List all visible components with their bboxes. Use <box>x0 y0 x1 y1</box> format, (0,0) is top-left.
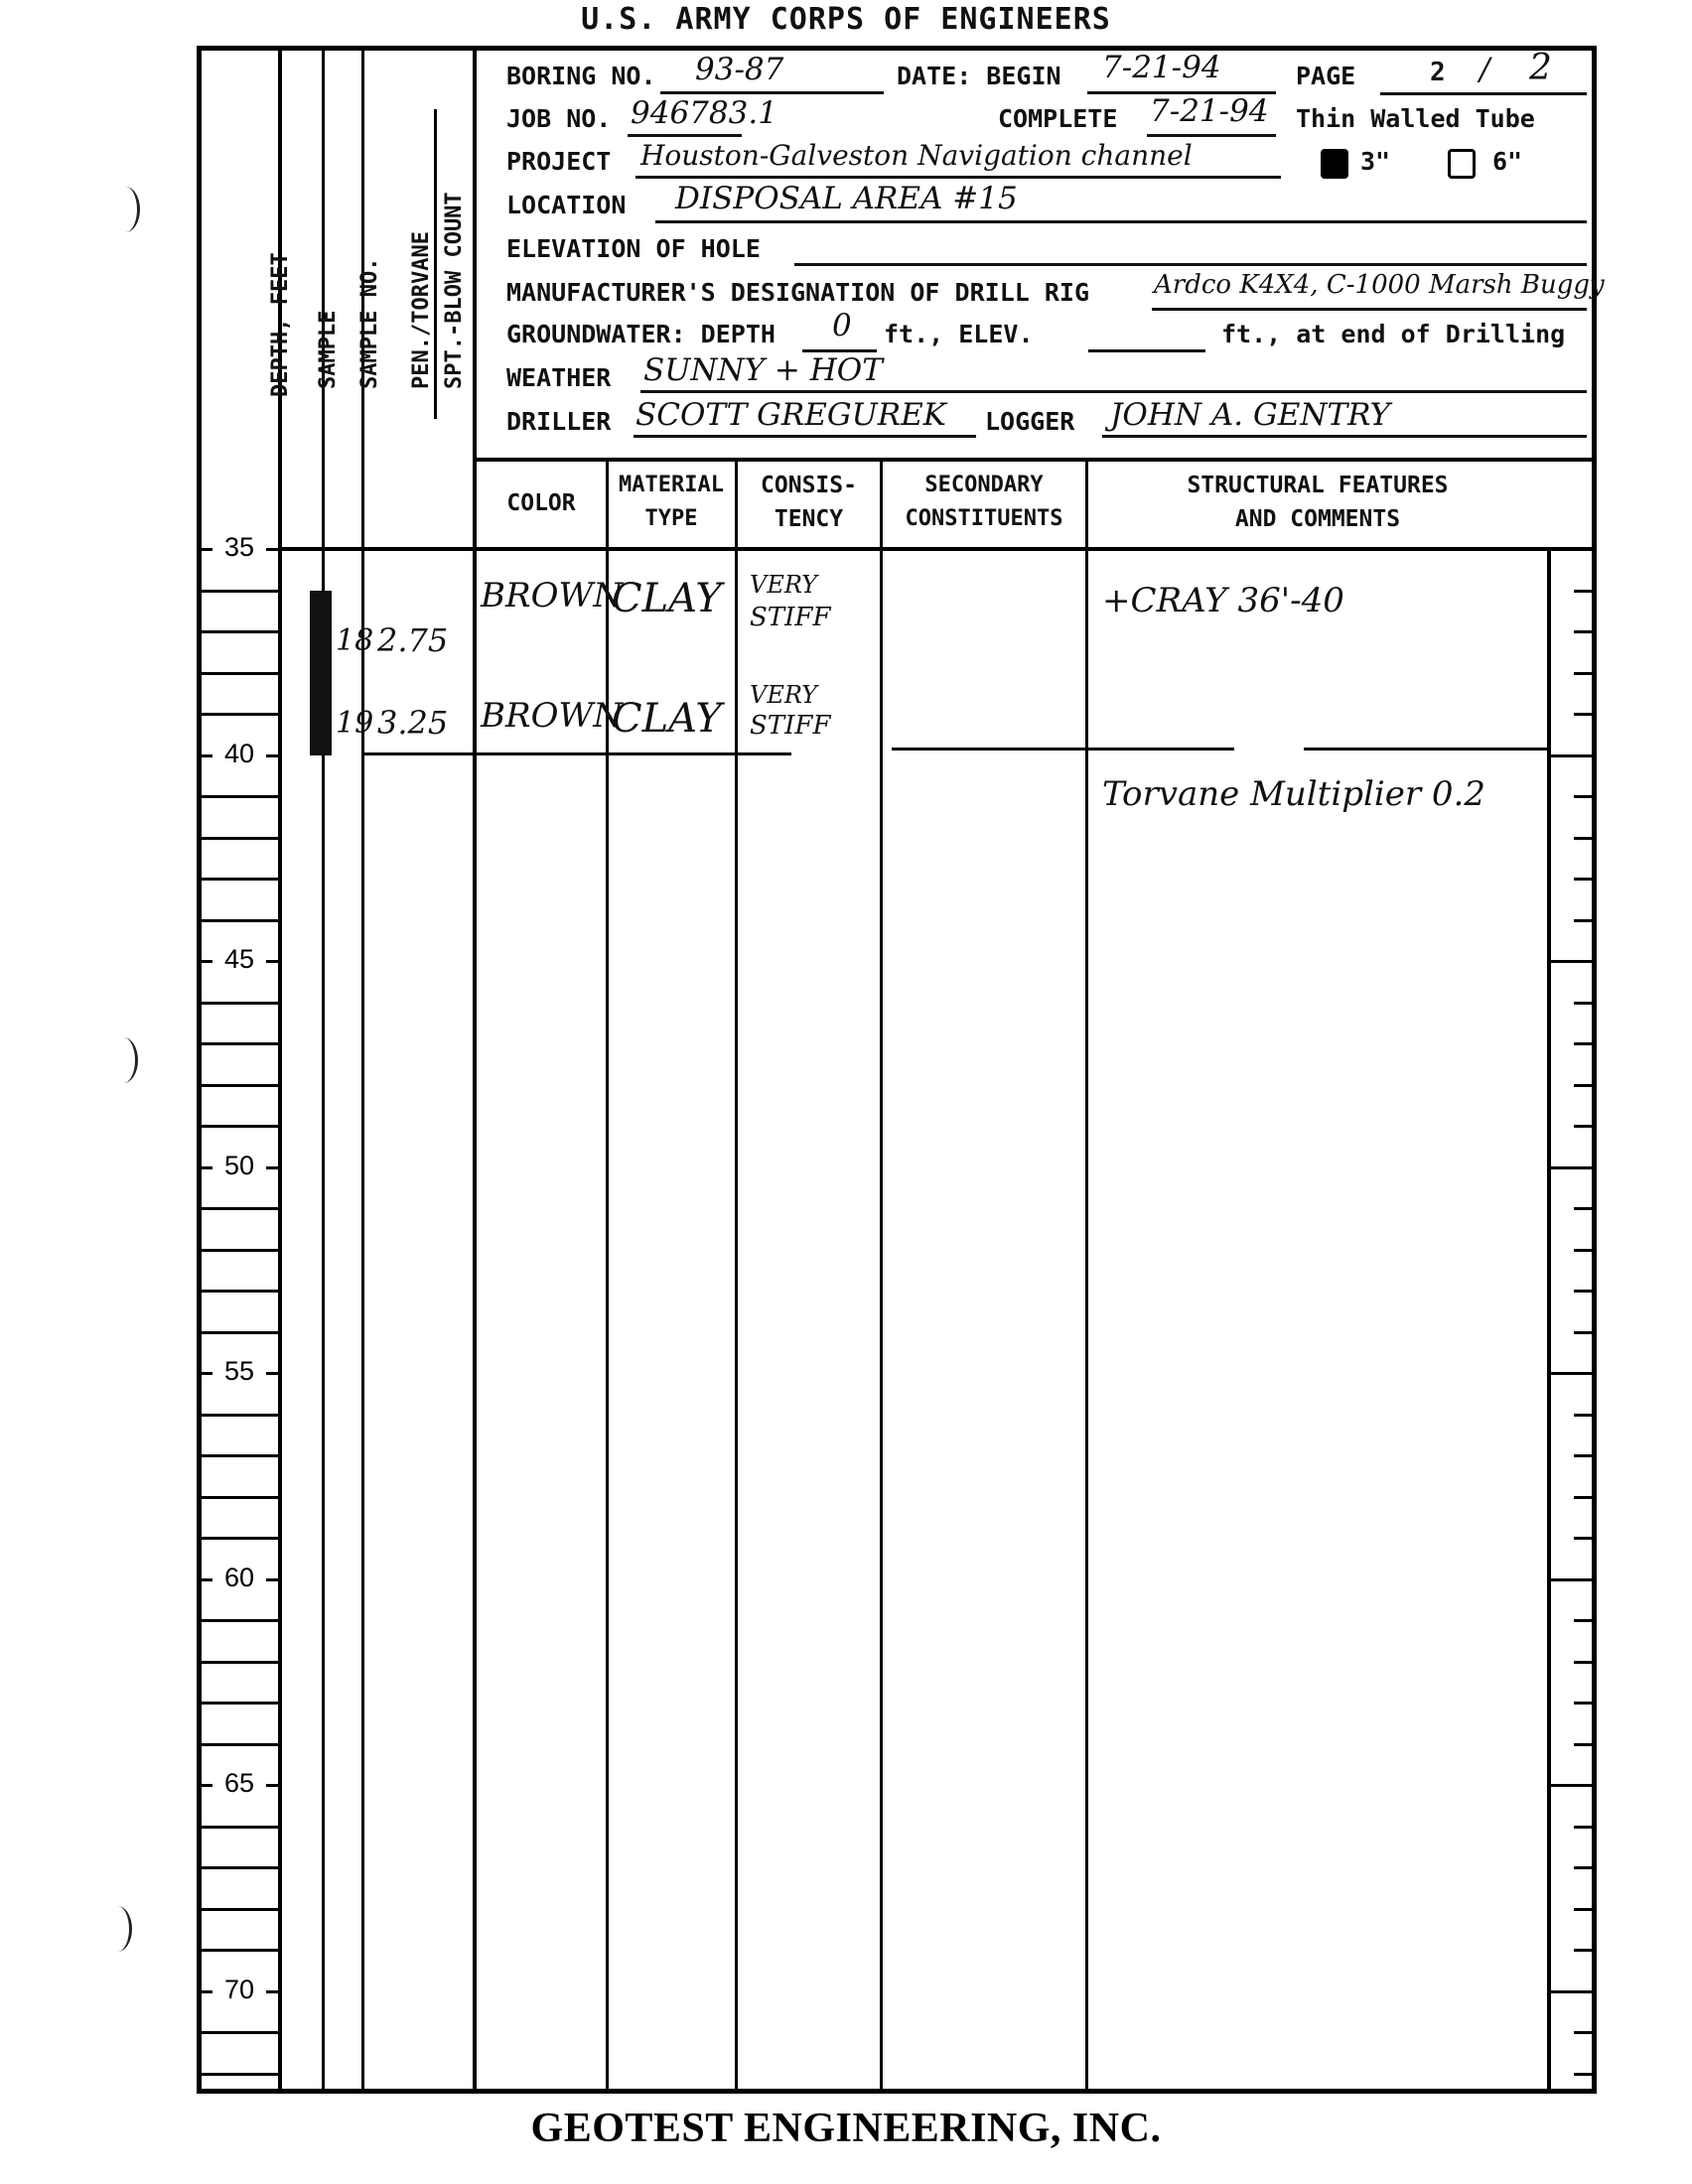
tickstrip-minor-tick <box>1574 1496 1594 1499</box>
tickstrip-major-line <box>1549 754 1594 757</box>
header-spt-blow-count: SPT.-BLOW COUNT <box>442 192 467 389</box>
column-secondary-constituents: SECONDARYCONSTITUENTS <box>883 469 1085 536</box>
job-no-value[interactable]: 946783.1 <box>631 95 777 131</box>
depth-foot-line <box>199 1743 280 1746</box>
depth-foot-line <box>199 1496 280 1499</box>
punch-hole-icon <box>109 1037 138 1083</box>
weather-value[interactable]: SUNNY + HOT <box>643 352 883 388</box>
frame-top <box>199 46 1597 51</box>
groundwater-end-label: ft., at end of Drilling <box>1221 320 1565 348</box>
material-type: CLAY <box>612 696 722 742</box>
tickstrip-minor-tick <box>1574 1125 1594 1128</box>
sample-no: 19 <box>336 706 373 741</box>
frame-bottom <box>197 2089 1597 2094</box>
soil-color: BROWN <box>481 576 623 615</box>
tickstrip-minor-tick <box>1574 1207 1594 1210</box>
depth-label: 55 <box>200 1356 279 1387</box>
sample-end-line <box>364 752 791 755</box>
depth-foot-line <box>199 590 280 593</box>
depth-foot-line <box>199 1661 280 1664</box>
tickstrip-minor-tick <box>1574 2073 1594 2076</box>
column-color: COLOR <box>477 486 606 520</box>
depth-foot-line <box>199 1249 280 1252</box>
depth-foot-line <box>199 1866 280 1869</box>
column-consistency: CONSIS-TENCY <box>738 469 880 536</box>
sampler-3in-label: 3" <box>1360 147 1390 176</box>
pen-torvane-value: 2.75 <box>377 621 448 659</box>
sampler-type-label: Thin Walled Tube <box>1296 104 1535 133</box>
depth-foot-line <box>199 1454 280 1457</box>
depth-foot-line <box>199 1290 280 1293</box>
depth-foot-line <box>199 1084 280 1087</box>
location-value[interactable]: DISPOSAL AREA #15 <box>675 181 1018 216</box>
header-block-bottom <box>473 458 1597 462</box>
tickstrip-minor-tick <box>1574 1866 1594 1869</box>
depth-foot-line <box>199 1702 280 1705</box>
depth-label: 60 <box>200 1563 279 1593</box>
tickstrip-minor-tick <box>1574 1414 1594 1417</box>
tickstrip-major-line <box>1549 1166 1594 1169</box>
material-type: CLAY <box>612 576 722 621</box>
header-sample: SAMPLE <box>316 311 341 389</box>
sample-end-line <box>1304 748 1547 751</box>
structural-comment: +CRAY 36'-40 <box>1102 581 1344 620</box>
depth-foot-line <box>199 1908 280 1911</box>
depth-label: 35 <box>200 532 279 563</box>
divider-secondary-comments <box>1085 458 1088 2093</box>
depth-foot-line <box>199 1331 280 1334</box>
tickstrip-minor-tick <box>1574 1084 1594 1087</box>
divider-comments-tickstrip <box>1547 547 1551 2093</box>
depth-label: 70 <box>200 1975 279 2005</box>
consistency: VERY <box>750 681 817 709</box>
tickstrip-major-line <box>1549 960 1594 963</box>
depth-foot-line <box>199 1414 280 1417</box>
company-footer: GEOTEST ENGINEERING, INC. <box>0 2105 1692 2152</box>
agency-title: U.S. ARMY CORPS OF ENGINEERS <box>0 2 1692 37</box>
header-depth-feet: DEPTH, FEET <box>268 252 293 397</box>
depth-foot-line <box>199 1826 280 1829</box>
depth-label: 40 <box>200 739 279 769</box>
tickstrip-minor-tick <box>1574 1826 1594 1829</box>
groundwater-label: GROUNDWATER: DEPTH <box>506 320 775 348</box>
tickstrip-major-line <box>1549 1578 1594 1581</box>
tickstrip-minor-tick <box>1574 1331 1594 1334</box>
depth-foot-line <box>199 878 280 881</box>
tickstrip-minor-tick <box>1574 590 1594 593</box>
sampler-6in-checkbox[interactable] <box>1448 149 1476 179</box>
consistency: STIFF <box>750 603 831 632</box>
weather-label: WEATHER <box>506 363 611 392</box>
driller-value[interactable]: SCOTT GREGUREK <box>635 397 946 433</box>
depth-foot-line <box>199 713 280 716</box>
punch-hole-icon <box>111 187 140 232</box>
tickstrip-major-line <box>1549 1990 1594 1993</box>
tickstrip-minor-tick <box>1574 1702 1594 1705</box>
tickstrip-minor-tick <box>1574 1002 1594 1005</box>
tickstrip-minor-tick <box>1574 1537 1594 1540</box>
tickstrip-minor-tick <box>1574 878 1594 881</box>
depth-foot-line <box>199 2073 280 2076</box>
depth-foot-line <box>199 1537 280 1540</box>
tickstrip-minor-tick <box>1574 1743 1594 1746</box>
divider-consistency-secondary <box>880 458 883 2093</box>
depth-label: 65 <box>200 1768 279 1799</box>
divider-material-consistency <box>735 458 738 2093</box>
pen-spt-fraction-bar <box>434 109 437 419</box>
header-sample-no: SAMPLE NO. <box>357 258 382 389</box>
column-header-bottom <box>278 547 1597 551</box>
tickstrip-major-line <box>1549 1784 1594 1787</box>
tickstrip-minor-tick <box>1574 1249 1594 1252</box>
date-complete-value[interactable]: 7-21-94 <box>1150 93 1269 129</box>
depth-label: 45 <box>200 944 279 975</box>
drill-rig-value[interactable]: Ardco K4X4, C-1000 Marsh Buggy <box>1154 270 1605 300</box>
page-label: PAGE <box>1296 62 1355 90</box>
tickstrip-minor-tick <box>1574 1661 1594 1664</box>
tickstrip-major-line <box>1549 1372 1594 1375</box>
tickstrip-minor-tick <box>1574 1619 1594 1622</box>
header-pen-torvane: PEN./TORVANE <box>409 231 434 389</box>
tickstrip-minor-tick <box>1574 919 1594 922</box>
depth-foot-line <box>199 1207 280 1210</box>
depth-foot-line <box>199 1002 280 1005</box>
depth-foot-line <box>199 1125 280 1128</box>
project-value[interactable]: Houston-Galveston Navigation channel <box>640 139 1193 172</box>
column-structural-features: STRUCTURAL FEATURESAND COMMENTS <box>1088 469 1547 536</box>
soil-color: BROWN <box>481 696 623 736</box>
depth-foot-line <box>199 672 280 675</box>
structural-comment: Torvane Multiplier 0.2 <box>1102 774 1485 814</box>
depth-foot-line <box>199 1949 280 1952</box>
boring-no-value[interactable]: 93-87 <box>695 52 783 87</box>
tickstrip-minor-tick <box>1574 713 1594 716</box>
depth-foot-line <box>199 795 280 798</box>
location-label: LOCATION <box>506 191 626 219</box>
tickstrip-minor-tick <box>1574 672 1594 675</box>
depth-foot-line <box>199 1619 280 1622</box>
sample-recovery-bar <box>310 591 332 673</box>
page-separator: / <box>1480 52 1489 87</box>
divider-pen-main <box>473 46 477 2093</box>
tickstrip-minor-tick <box>1574 1454 1594 1457</box>
depth-foot-line <box>199 630 280 633</box>
project-label: PROJECT <box>506 147 611 176</box>
sampler-6in-label: 6" <box>1492 147 1522 176</box>
punch-hole-icon <box>103 1906 132 1952</box>
logger-value[interactable]: JOHN A. GENTRY <box>1110 397 1390 433</box>
consistency: VERY <box>750 571 817 599</box>
tickstrip-minor-tick <box>1574 2031 1594 2034</box>
depth-foot-line <box>199 1042 280 1045</box>
page-number: 2 <box>1430 58 1446 87</box>
tickstrip-minor-tick <box>1574 1290 1594 1293</box>
tickstrip-minor-tick <box>1574 1908 1594 1911</box>
groundwater-elev-label: ft., ELEV. <box>884 320 1034 348</box>
tickstrip-minor-tick <box>1574 630 1594 633</box>
date-begin-value[interactable]: 7-21-94 <box>1102 50 1221 85</box>
job-no-label: JOB NO. <box>506 104 611 133</box>
depth-foot-line <box>199 837 280 840</box>
logger-label: LOGGER <box>985 407 1074 436</box>
groundwater-depth-value[interactable]: 0 <box>832 308 852 343</box>
page-total[interactable]: 2 <box>1529 48 1552 88</box>
tickstrip-minor-tick <box>1574 1949 1594 1952</box>
tickstrip-minor-tick <box>1574 795 1594 798</box>
tickstrip-minor-tick <box>1574 837 1594 840</box>
pen-torvane-value: 3.25 <box>377 704 448 742</box>
sampler-3in-checkbox[interactable] <box>1321 149 1348 179</box>
column-material-type: MATERIALTYPE <box>608 469 735 536</box>
drill-rig-label: MANUFACTURER'S DESIGNATION OF DRILL RIG <box>506 278 1089 307</box>
depth-foot-line <box>199 919 280 922</box>
tickstrip-minor-tick <box>1574 1042 1594 1045</box>
sample-recovery-bar <box>310 673 332 755</box>
date-complete-label: COMPLETE <box>998 104 1117 133</box>
depth-label: 50 <box>200 1151 279 1181</box>
depth-foot-line <box>199 2031 280 2034</box>
sample-no: 18 <box>336 623 373 658</box>
elevation-label: ELEVATION OF HOLE <box>506 234 761 263</box>
consistency: STIFF <box>750 711 831 741</box>
driller-label: DRILLER <box>506 407 611 436</box>
boring-no-label: BORING NO. <box>506 62 656 90</box>
date-begin-label: DATE: BEGIN <box>897 62 1061 90</box>
sample-end-line <box>892 748 1234 751</box>
